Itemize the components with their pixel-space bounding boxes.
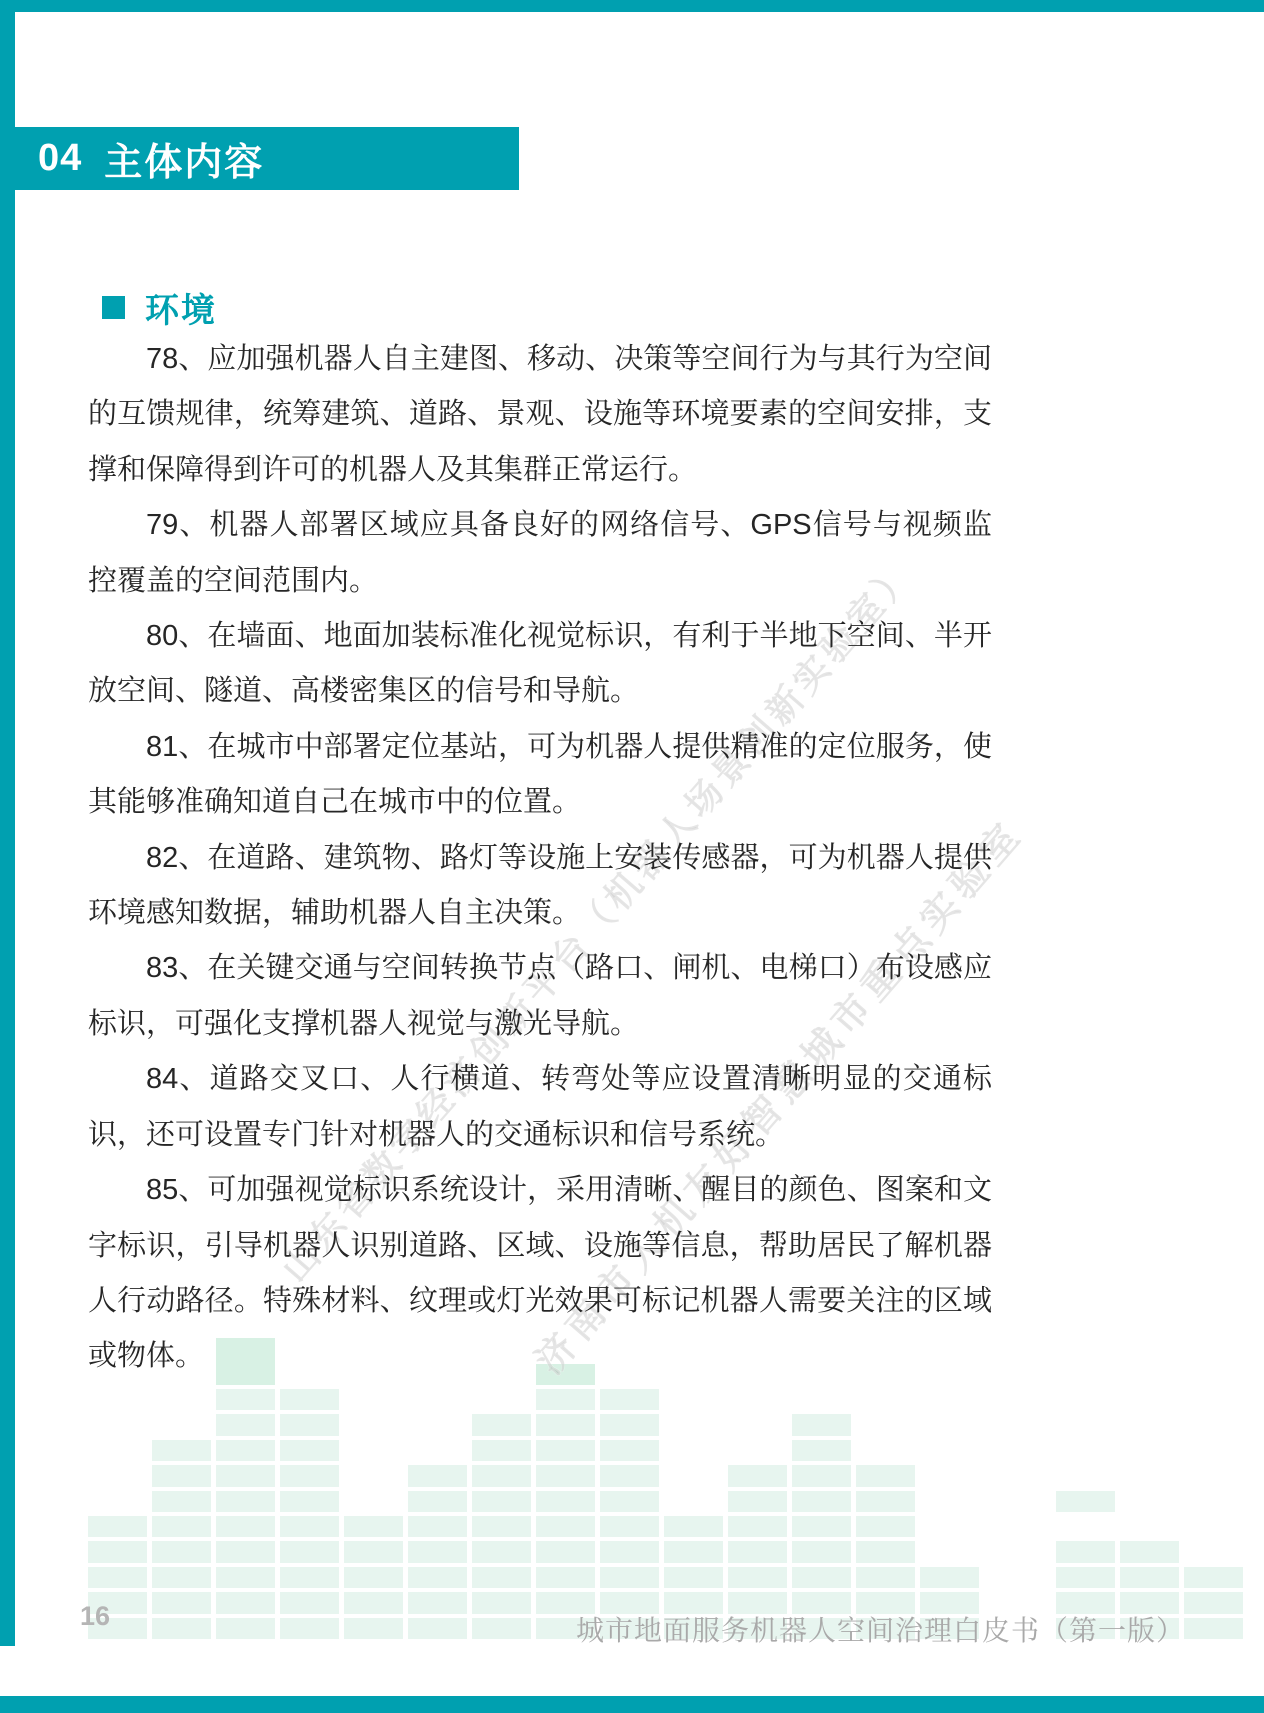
paragraph: 78、应加强机器人自主建图、移动、决策等空间行为与其行为空间的互馈规律，统筹建筑… [88, 332, 992, 498]
left-accent-strip [0, 0, 15, 1646]
paragraph: 82、在道路、建筑物、路灯等设施上安装传感器，可为机器人提供环境感知数据，辅助机… [88, 831, 992, 942]
paragraph: 79、机器人部署区域应具备良好的网络信号、GPS信号与视频监控覆盖的空间范围内。 [88, 498, 992, 609]
decor-block [856, 1567, 915, 1588]
decor-block [216, 1491, 275, 1512]
decor-block [1056, 1567, 1115, 1588]
decor-block [280, 1516, 339, 1537]
decor-block [344, 1592, 403, 1613]
decor-block [536, 1541, 595, 1562]
chapter-header-band: 04 主体内容 [0, 127, 519, 190]
decor-block [472, 1592, 531, 1613]
decor-block [856, 1491, 915, 1512]
decor-block [600, 1516, 659, 1537]
decor-block [280, 1592, 339, 1613]
decor-block [472, 1440, 531, 1461]
decor-block [472, 1618, 531, 1639]
decor-block [856, 1541, 915, 1562]
decor-block [216, 1516, 275, 1537]
decor-block [600, 1491, 659, 1512]
decor-block [344, 1567, 403, 1588]
decor-block [152, 1491, 211, 1512]
decor-block [600, 1414, 659, 1435]
decor-block [472, 1541, 531, 1562]
paragraph: 85、可加强视觉标识系统设计，采用清晰、醒目的颜色、图案和文字标识，引导机器人识… [88, 1163, 992, 1385]
decor-block [472, 1516, 531, 1537]
decor-block [1184, 1567, 1243, 1588]
decor-block [728, 1516, 787, 1537]
decor-block [88, 1541, 147, 1562]
page-number: 16 [80, 1601, 110, 1632]
decor-block [1056, 1541, 1115, 1562]
section-heading: 环境 [102, 283, 217, 332]
decor-block [152, 1516, 211, 1537]
decor-block [472, 1567, 531, 1588]
decor-block [600, 1465, 659, 1486]
decor-block [216, 1465, 275, 1486]
decor-block [920, 1567, 979, 1588]
decor-block [344, 1516, 403, 1537]
footer-book-title: 城市地面服务机器人空间治理白皮书（第一版） [576, 1609, 1185, 1649]
decor-block [792, 1516, 851, 1537]
decor-block [792, 1414, 851, 1435]
paragraph: 80、在墙面、地面加装标准化视觉标识，有利于半地下空间、半开放空间、隧道、高楼密… [88, 609, 992, 720]
paragraph: 81、在城市中部署定位基站，可为机器人提供精准的定位服务，使其能够准确知道自己在… [88, 720, 992, 831]
decor-block [792, 1491, 851, 1512]
decor-block [472, 1465, 531, 1486]
decor-block [1120, 1541, 1179, 1562]
decor-block [216, 1414, 275, 1435]
decor-block [408, 1541, 467, 1562]
decor-block [1056, 1491, 1115, 1512]
decor-block [856, 1516, 915, 1537]
top-accent-bar [0, 0, 1264, 12]
decor-block [216, 1389, 275, 1410]
decor-block [408, 1592, 467, 1613]
decor-block [728, 1541, 787, 1562]
decor-block [280, 1541, 339, 1562]
decor-block [472, 1414, 531, 1435]
decor-block [536, 1389, 595, 1410]
decor-block [88, 1567, 147, 1588]
decor-block [792, 1541, 851, 1562]
body-text: 78、应加强机器人自主建图、移动、决策等空间行为与其行为空间的互馈规律，统筹建筑… [88, 332, 992, 1385]
decor-block [152, 1465, 211, 1486]
decor-block [536, 1440, 595, 1461]
decor-block [728, 1491, 787, 1512]
paragraph: 83、在关键交通与空间转换节点（路口、闸机、电梯口）布设感应标识，可强化支撑机器… [88, 941, 992, 1052]
decor-block [1184, 1592, 1243, 1613]
bottom-accent-bar [0, 1696, 1264, 1713]
decor-block [600, 1440, 659, 1461]
decor-block [600, 1567, 659, 1588]
section-title: 环境 [145, 283, 217, 332]
decor-block [152, 1592, 211, 1613]
decor-block [536, 1516, 595, 1537]
decor-block [1120, 1567, 1179, 1588]
decor-block [792, 1465, 851, 1486]
decor-block [216, 1592, 275, 1613]
chapter-number: 04 [38, 137, 82, 180]
decor-block [280, 1440, 339, 1461]
decor-block [600, 1541, 659, 1562]
decor-block [1184, 1618, 1243, 1639]
decor-block [536, 1465, 595, 1486]
decor-block [600, 1389, 659, 1410]
document-page: 04 主体内容 山东省数字经济创新平台（机器人场景创新实验室） 济南市人机友好智… [0, 0, 1264, 1713]
decor-block [216, 1440, 275, 1461]
decor-block [152, 1440, 211, 1461]
decor-block [408, 1567, 467, 1588]
decor-block [280, 1465, 339, 1486]
chapter-title: 主体内容 [104, 131, 264, 186]
decor-block [856, 1465, 915, 1486]
decor-block [408, 1618, 467, 1639]
decor-block [280, 1389, 339, 1410]
decor-block [664, 1516, 723, 1537]
square-bullet-icon [102, 296, 125, 319]
decor-block [472, 1491, 531, 1512]
decor-block [728, 1465, 787, 1486]
decor-block [280, 1414, 339, 1435]
decor-block [664, 1567, 723, 1588]
decor-block [408, 1516, 467, 1537]
decor-block [536, 1491, 595, 1512]
decor-block [152, 1567, 211, 1588]
decor-block [408, 1465, 467, 1486]
decor-block [728, 1567, 787, 1588]
decor-block [88, 1516, 147, 1537]
decor-block [536, 1567, 595, 1588]
decor-block [216, 1618, 275, 1639]
decor-block [280, 1618, 339, 1639]
decor-block [408, 1491, 467, 1512]
decor-block [792, 1440, 851, 1461]
decor-block [344, 1541, 403, 1562]
decor-block [280, 1491, 339, 1512]
paragraph: 84、道路交叉口、人行横道、转弯处等应设置清晰明显的交通标识，还可设置专门针对机… [88, 1052, 992, 1163]
decor-block [280, 1567, 339, 1588]
decor-block [216, 1541, 275, 1562]
decor-block [152, 1618, 211, 1639]
decor-block [536, 1414, 595, 1435]
decor-block [216, 1567, 275, 1588]
decor-block [152, 1541, 211, 1562]
decor-block [344, 1618, 403, 1639]
decor-block [792, 1567, 851, 1588]
decor-block [664, 1541, 723, 1562]
